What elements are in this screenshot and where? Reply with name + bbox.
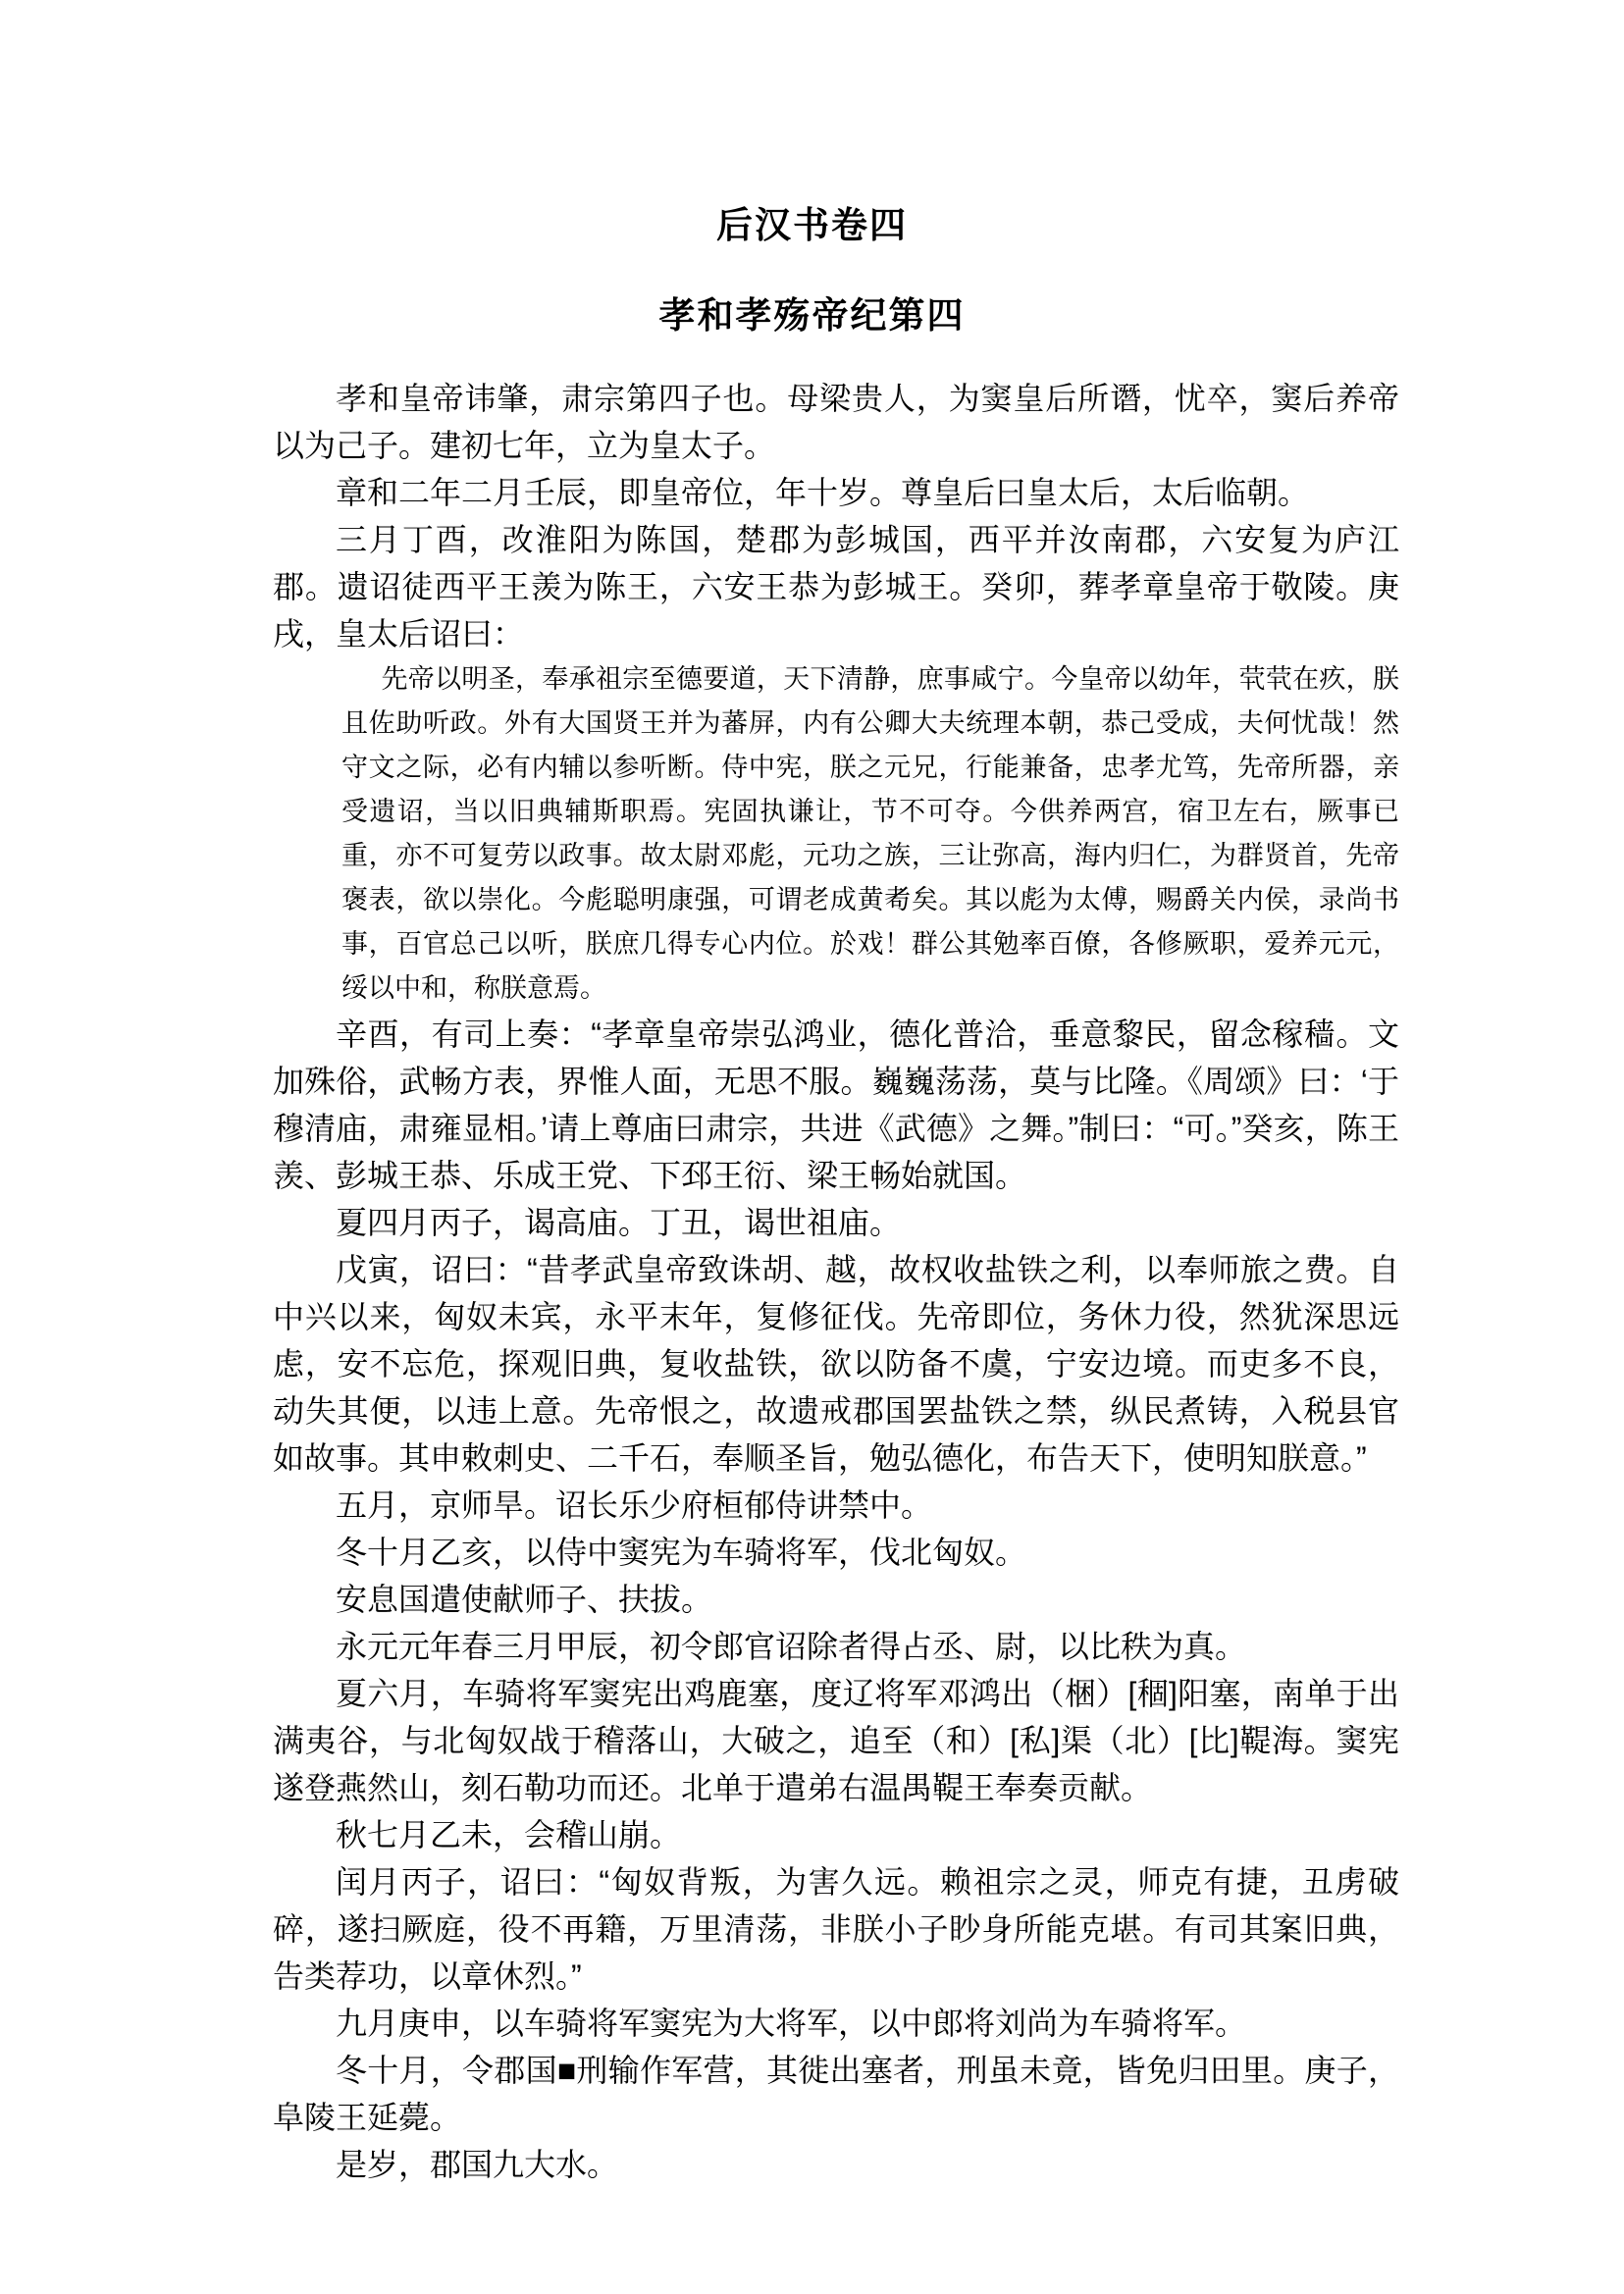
paragraph: 章和二年二月壬辰，即皇帝位，年十岁。尊皇后曰皇太后，太后临朝。	[273, 469, 1399, 516]
paragraph: 安息国遣使献师子、扶拔。	[273, 1576, 1399, 1623]
paragraph: 是岁，郡国九大水。	[273, 2141, 1399, 2188]
paragraph: 永元元年春三月甲辰，初令郎官诏除者得占丞、尉，以比秩为真。	[273, 1623, 1399, 1670]
paragraph: 冬十月，令郡国■刑输作军营，其徙出塞者，刑虽未竟，皆免归田里。庚子，阜陵王延薨。	[273, 2047, 1399, 2141]
paragraph: 夏六月，车骑将军窦宪出鸡鹿塞，度辽将军邓鸿出（梱）[稒]阳塞，南单于出满夷谷，与…	[273, 1670, 1399, 1811]
edict-quote-block: 先帝以明圣，奉承祖宗至德要道，天下清静，庶事咸宁。今皇帝以幼年，茕茕在疚，朕且佐…	[341, 657, 1399, 1011]
paragraph: 九月庚申，以车骑将军窦宪为大将军，以中郎将刘尚为车骑将军。	[273, 2000, 1399, 2047]
paragraph: 孝和皇帝讳肇，肃宗第四子也。母梁贵人，为窦皇后所谮，忧卒，窦后养帝以为己子。建初…	[273, 375, 1399, 469]
paragraph: 辛酉，有司上奏：“孝章皇帝崇弘鸿业，德化普洽，垂意黎民，留念稼穑。文加殊俗，武畅…	[273, 1011, 1399, 1199]
document-page: 后汉书卷四 孝和孝殇帝纪第四 孝和皇帝讳肇，肃宗第四子也。母梁贵人，为窦皇后所谮…	[0, 0, 1624, 2294]
paragraph: 夏四月丙子，谒高庙。丁丑，谒世祖庙。	[273, 1199, 1399, 1246]
section-title: 孝和孝殇帝纪第四	[0, 296, 1624, 336]
document-body: 孝和皇帝讳肇，肃宗第四子也。母梁贵人，为窦皇后所谮，忧卒，窦后养帝以为己子。建初…	[273, 375, 1399, 2188]
paragraph: 冬十月乙亥，以侍中窦宪为车骑将军，伐北匈奴。	[273, 1529, 1399, 1576]
paragraph: 戊寅，诏曰：“昔孝武皇帝致诛胡、越，故权收盐铁之利，以奉师旅之费。自中兴以来，匈…	[273, 1246, 1399, 1482]
paragraph: 秋七月乙未，会稽山崩。	[273, 1811, 1399, 1858]
paragraph: 五月，京师旱。诏长乐少府桓郁侍讲禁中。	[273, 1482, 1399, 1529]
paragraph: 闰月丙子，诏曰：“匈奴背叛，为害久远。赖祖宗之灵，师克有捷，丑虏破碎，遂扫厥庭，…	[273, 1858, 1399, 2000]
page-title: 后汉书卷四	[0, 206, 1624, 245]
paragraph: 三月丁酉，改淮阳为陈国，楚郡为彭城国，西平并汝南郡，六安复为庐江郡。遗诏徒西平王…	[273, 516, 1399, 657]
